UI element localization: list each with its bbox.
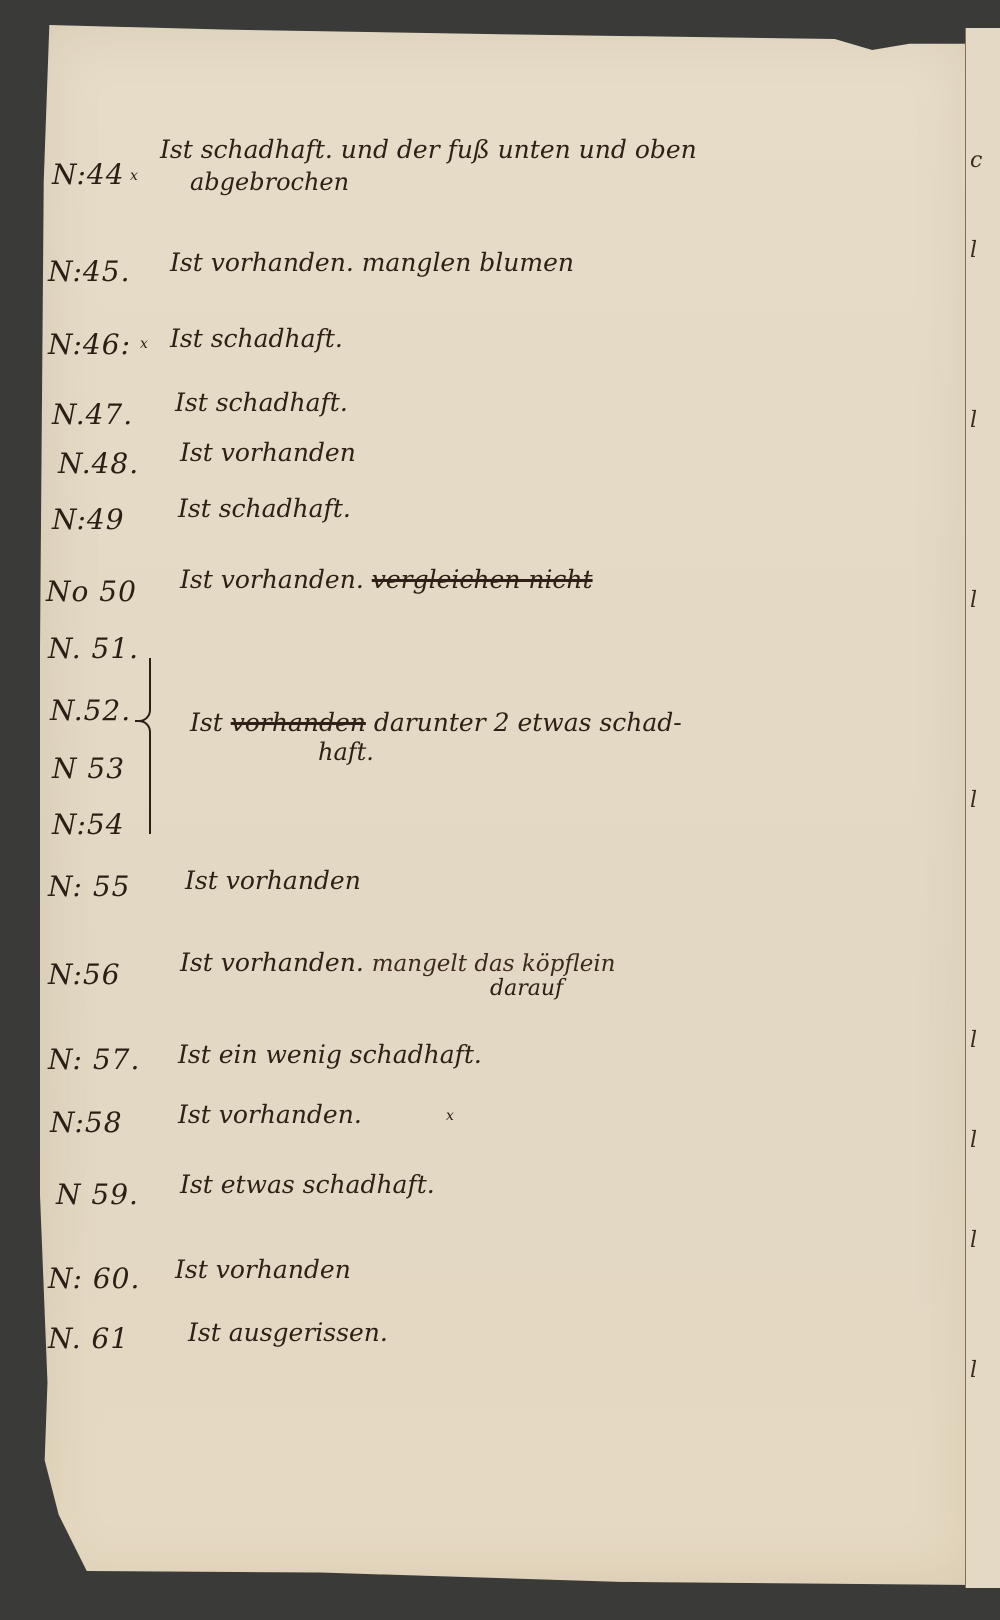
adjacent-page-fragment: l (970, 788, 977, 813)
entry-number: N: 60. (48, 1262, 140, 1295)
entry-text-prefix: Ist (190, 708, 223, 737)
entry-text: Ist schadhaft. (175, 388, 348, 417)
entry-note-continuation: darauf (490, 976, 563, 1001)
entry-text: Ist ein wenig schadhaft. (178, 1040, 482, 1069)
adjacent-page-fragment: l (970, 1228, 977, 1253)
entry-number: N:45. (48, 255, 130, 288)
entry-number: N:54 (52, 808, 125, 841)
entry-number: N:46: (48, 328, 131, 361)
entry-text: Ist vorhanden (185, 866, 361, 895)
entry-text: Ist vorhanden. manglen blumen (170, 248, 574, 277)
struck-text: vergleichen nicht (372, 565, 593, 594)
entry-mark: x (140, 336, 149, 352)
entry-number: N:49 (52, 503, 125, 536)
entry-number: N:44 (52, 158, 125, 191)
adjacent-page-fragment: l (970, 1028, 977, 1053)
entry-number: N.52. (50, 694, 131, 727)
entry-number: N. 61 (48, 1322, 129, 1355)
entry-number: N:58 (50, 1106, 123, 1139)
grouping-brace (135, 658, 151, 722)
entry-text: Ist schadhaft. und der fuß unten und obe… (160, 135, 697, 164)
grouping-brace (135, 720, 151, 834)
entry-number: N.47. (52, 398, 133, 431)
adjacent-page-fragment: l (970, 588, 977, 613)
entry-number: N.48. (58, 447, 139, 480)
entry-number: N: 55 (48, 870, 130, 903)
adjacent-page-fragment: c (970, 148, 982, 173)
entry-mark: x (446, 1108, 455, 1124)
entry-text: Ist schadhaft. (178, 494, 351, 523)
entry-number: N. 51. (48, 632, 139, 665)
entry-mark: x (130, 168, 139, 184)
entry-text: Ist vorhanden. (180, 948, 364, 977)
entry-number: N:56 (48, 958, 121, 991)
entry-number: No 50 (46, 575, 137, 608)
entry-text: Ist schadhaft. (170, 324, 343, 353)
entry-number: N: 57. (48, 1043, 140, 1076)
entry-text-continuation: haft. (318, 738, 374, 766)
page-gutter-line (965, 28, 966, 1588)
entry-text-continuation: abgebrochen (190, 168, 349, 196)
adjacent-page-fragment: l (970, 1358, 977, 1383)
struck-text: vorhanden (231, 708, 366, 737)
adjacent-page-edge: c l l l l l l l l (966, 28, 1000, 1588)
entry-text: Ist vorhanden (175, 1255, 351, 1284)
adjacent-page-fragment: l (970, 408, 977, 433)
adjacent-page-fragment: l (970, 238, 977, 263)
entry-text: darunter 2 etwas schad- (374, 708, 682, 737)
entry-text: Ist vorhanden. (178, 1100, 362, 1129)
entry-text: Ist vorhanden. (180, 565, 364, 594)
entry-number: N 59. (56, 1178, 139, 1211)
entry-note: mangelt das köpflein (372, 951, 616, 977)
entry-text: Ist ausgerissen. (188, 1318, 388, 1347)
entry-text: Ist etwas schadhaft. (180, 1170, 435, 1199)
adjacent-page-fragment: l (970, 1128, 977, 1153)
entry-number: N 53 (52, 752, 125, 785)
entry-text: Ist vorhanden (180, 438, 356, 467)
